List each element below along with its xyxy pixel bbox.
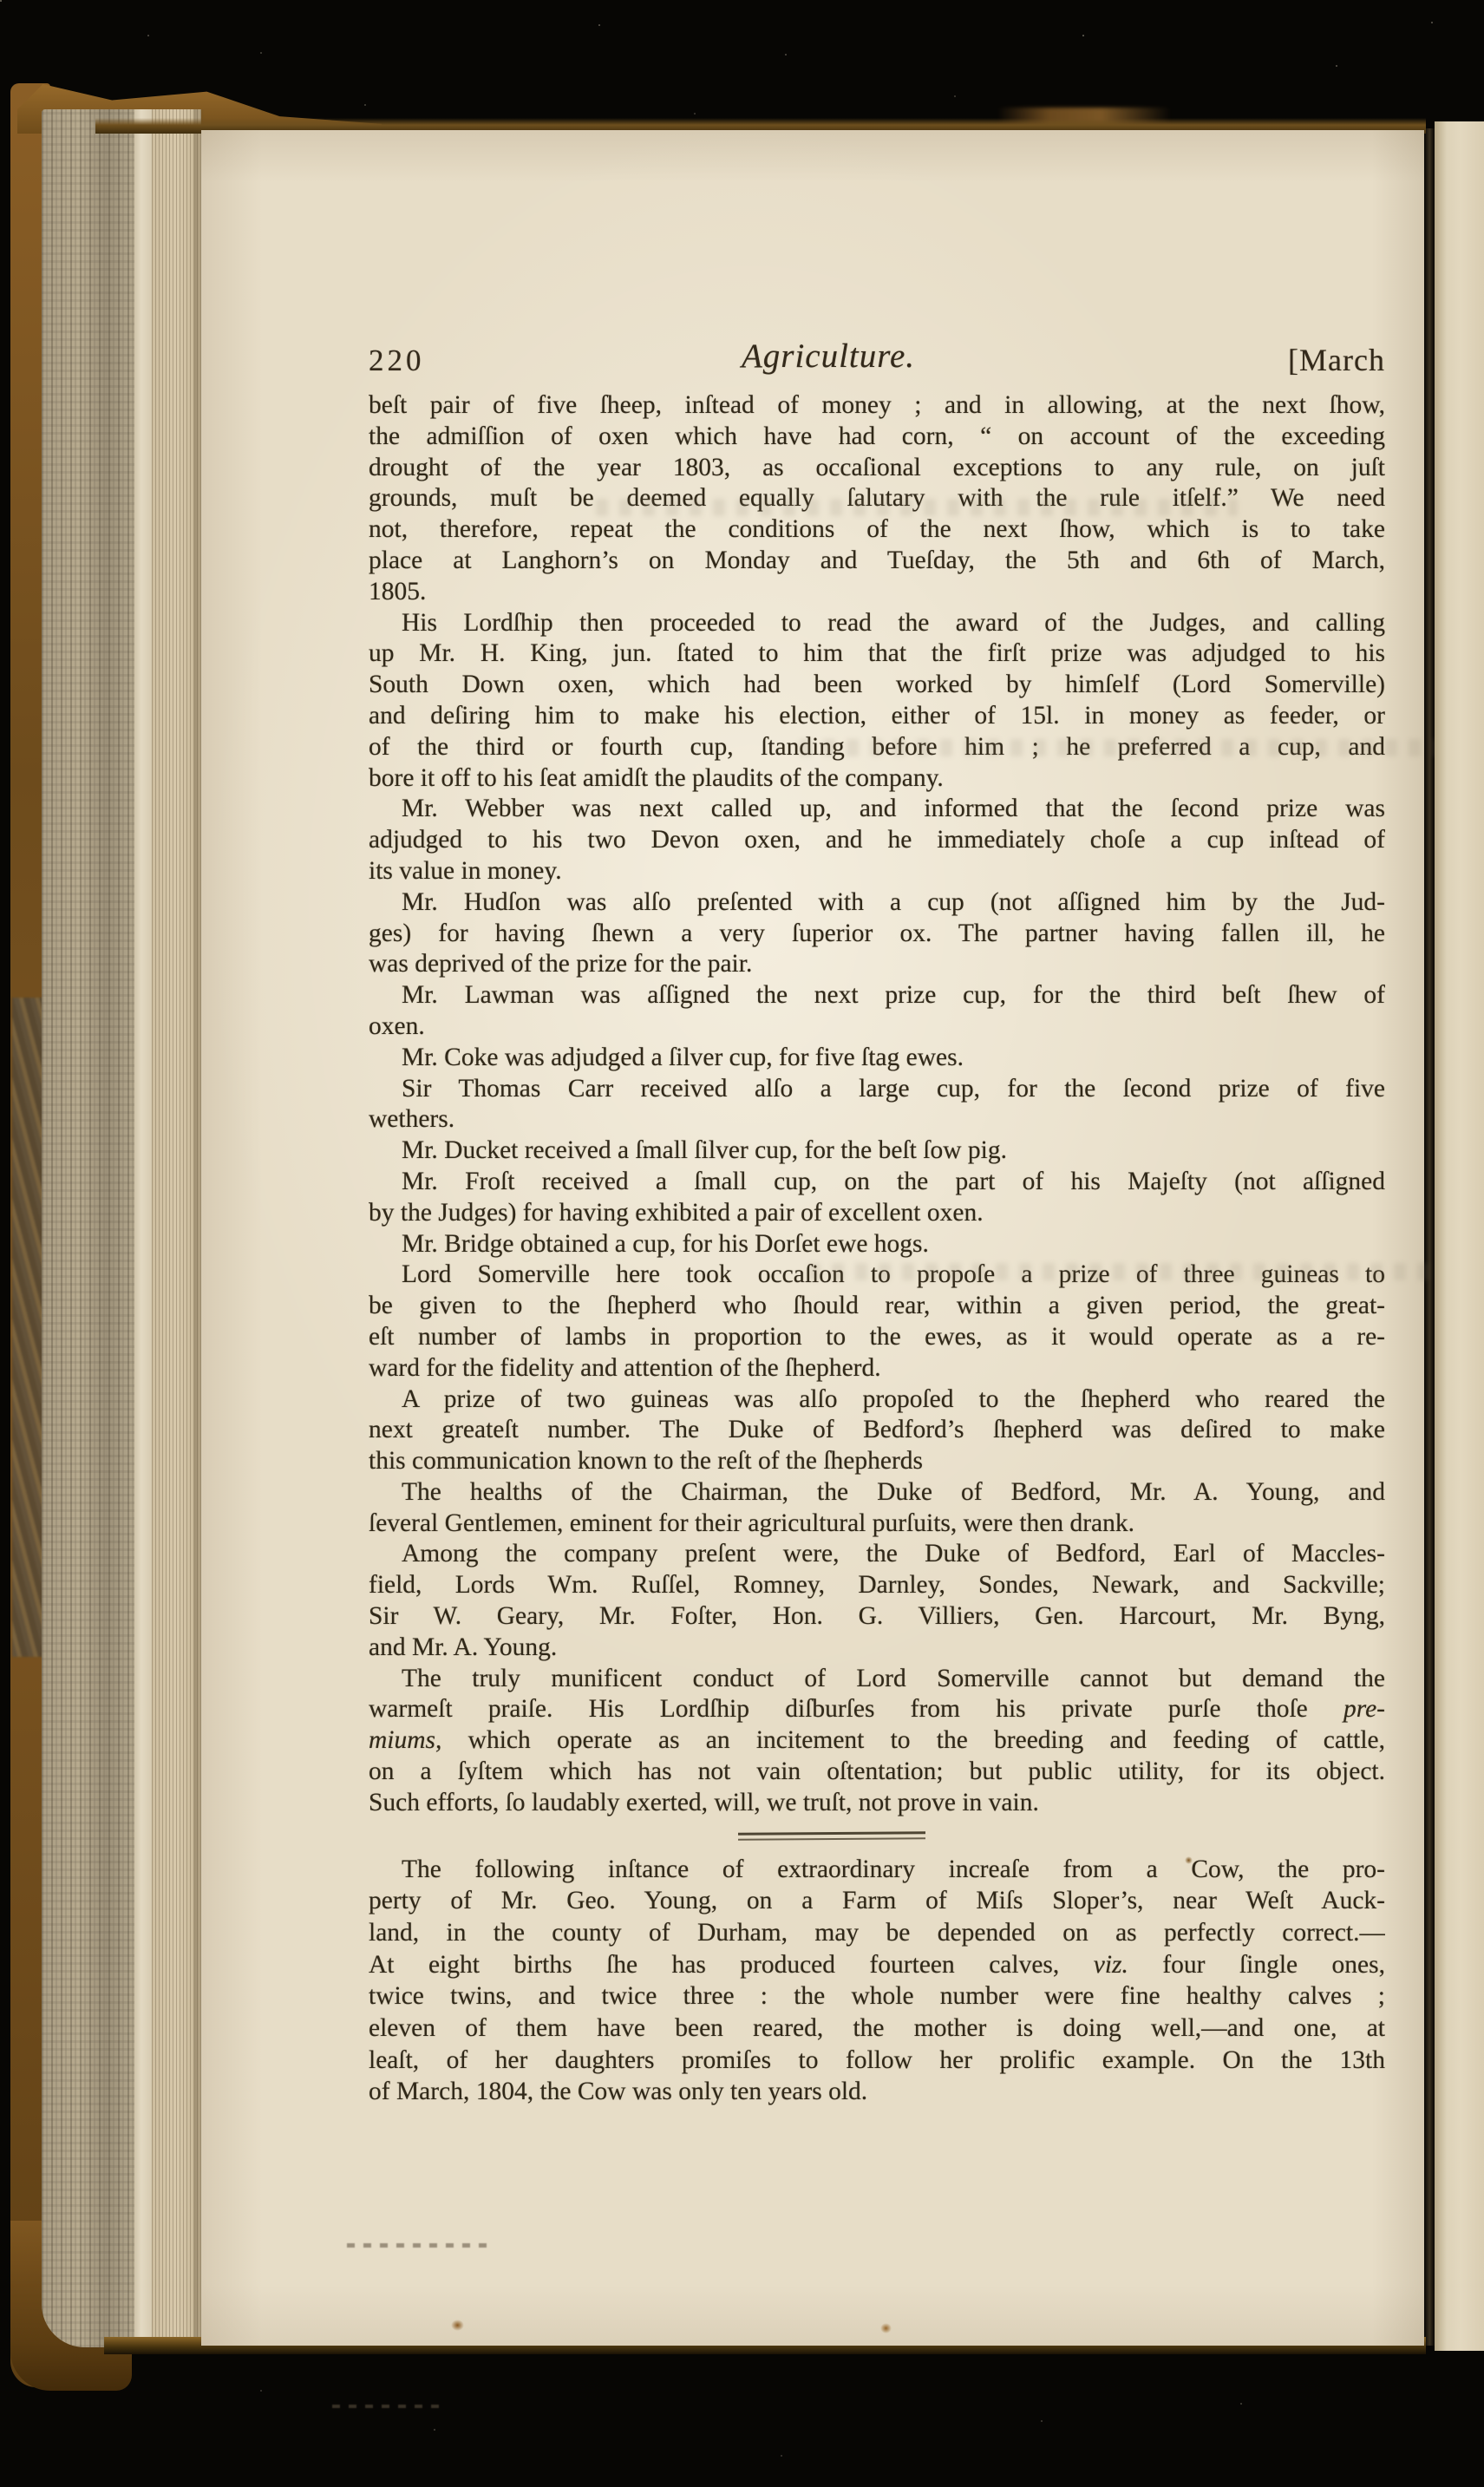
text-line: wethers. [369, 1104, 1385, 1136]
text-line: Mr. Hudſon was alſo preſented with a cup… [369, 887, 1385, 919]
show-through-artifact [808, 1263, 1484, 1280]
text-line: up Mr. H. King, jun. ſtated to him that … [369, 638, 1385, 670]
text-line: leaſt, of her daughters promiſes to foll… [369, 2045, 1385, 2077]
text-line: the admiſſion of oxen which have had cor… [369, 422, 1385, 453]
running-title: Agriculture. [698, 337, 958, 376]
text-line: land, in the county of Durham, may be de… [369, 1917, 1385, 1949]
text-line: Among the company preſent were, the Duke… [369, 1539, 1385, 1570]
text-line: not, therefore, repeat the conditions of… [369, 514, 1385, 546]
text-line: The following inſtance of extraordinary … [369, 1854, 1385, 1886]
show-through-artifact [800, 739, 1484, 756]
text-line: miums, which operate as an incitement to… [369, 1725, 1385, 1757]
page-text: beſt pair of five ſheep, inſtead of mone… [369, 390, 1385, 2108]
page-number: 220 [369, 344, 425, 378]
text-line: by the Judges) for having exhibited a pa… [369, 1198, 1385, 1229]
fore-edge-gap [134, 109, 152, 2347]
text-line: Mr. Bridge obtained a cup, for his Dorſe… [369, 1229, 1385, 1260]
text-line: and deſiring him to make his election, e… [369, 701, 1385, 732]
text-line: ward for the fidelity and attention of t… [369, 1353, 1385, 1384]
text-line: The healths of the Chairman, the Duke of… [369, 1477, 1385, 1509]
text-line: twice twins, and twice three : the whole… [369, 1980, 1385, 2013]
text-line: Such efforts, ſo laudably exerted, will,… [369, 1788, 1385, 1819]
divider-rule [738, 1831, 925, 1841]
text-line: A prize of two guineas was alſo propoſed… [369, 1384, 1385, 1416]
text-line: oxen. [369, 1011, 1385, 1043]
text-line: ges) for having ſhewn a very ſuperior ox… [369, 919, 1385, 950]
text-line: Mr. Webber was next called up, and infor… [369, 794, 1385, 825]
text-line: Sir Thomas Carr received alſo a large cu… [369, 1074, 1385, 1105]
text-line: Sir W. Geary, Mr. Foſter, Hon. G. Villie… [369, 1601, 1385, 1633]
text-line: its value in money. [369, 856, 1385, 887]
text-line: eleven of them have been reared, the mot… [369, 2013, 1385, 2045]
text-line: Mr. Ducket received a ſmall ſilver cup, … [369, 1136, 1385, 1167]
text-line: and Mr. A. Young. [369, 1633, 1385, 1664]
offset-ink-marks [347, 2243, 490, 2248]
text-line: warmeſt praiſe. His Lordſhip diſburſes f… [369, 1694, 1385, 1725]
text-line: field, Lords Wm. Ruſſel, Romney, Darnley… [369, 1570, 1385, 1601]
section-divider [369, 1819, 1385, 1854]
text-line: eſt number of lambs in proportion to the… [369, 1322, 1385, 1353]
text-line: His Lordſhip then proceeded to read the … [369, 608, 1385, 639]
text-line: was deprived of the prize for the pair. [369, 949, 1385, 980]
text-line: 1805. [369, 577, 1385, 608]
text-line: bore it off to his ſeat amidſt the plaud… [369, 763, 1385, 795]
text-line: The truly munificent conduct of Lord Som… [369, 1664, 1385, 1695]
text-line: Mr. Froſt received a ſmall cup, on the p… [369, 1167, 1385, 1198]
offset-ink-marks [332, 2405, 445, 2408]
foxing-spot [451, 2320, 464, 2331]
book-page: 220 Agriculture. [March beſt pair of fiv… [201, 130, 1424, 2346]
show-through-artifact [596, 499, 1238, 516]
text-line: adjudged to his two Devon oxen, and he i… [369, 825, 1385, 856]
dust-specks [0, 0, 2, 2]
book-photograph: 220 Agriculture. [March beſt pair of fiv… [0, 0, 1484, 2487]
running-date: [March [1212, 342, 1385, 378]
text-line: beſt pair of five ſheep, inſtead of mone… [369, 390, 1385, 422]
text-line: drought of the year 1803, as occaſional … [369, 453, 1385, 484]
text-line: perty of Mr. Geo. Young, on a Farm of Mi… [369, 1885, 1385, 1917]
text-line: next greateſt number. The Duke of Bedfor… [369, 1415, 1385, 1446]
text-line: South Down oxen, which had been worked b… [369, 670, 1385, 701]
text-line: be given to the ſhepherd who ſhould rear… [369, 1291, 1385, 1322]
foxing-spot [880, 2323, 892, 2333]
text-line: on a ſyſtem which has not vain oſtentati… [369, 1757, 1385, 1788]
text-line: this communication known to the reſt of … [369, 1446, 1385, 1477]
text-line: of March, 1804, the Cow was only ten yea… [369, 2076, 1385, 2108]
text-line: Mr. Lawman was aſſigned the next prize c… [369, 980, 1385, 1011]
text-line: At eight births ſhe has produced fourtee… [369, 1949, 1385, 1981]
text-line: place at Langhorn’s on Monday and Tueſda… [369, 546, 1385, 577]
page-fore-edges [42, 109, 201, 2347]
text-line: Mr. Coke was adjudged a ſilver cup, for … [369, 1043, 1385, 1074]
facing-page-sliver [1435, 121, 1484, 2351]
fore-edge-stack-outer [42, 109, 134, 2347]
foxing-spot [1185, 1856, 1193, 1864]
text-line: ſeveral Gentlemen, eminent for their agr… [369, 1509, 1385, 1540]
